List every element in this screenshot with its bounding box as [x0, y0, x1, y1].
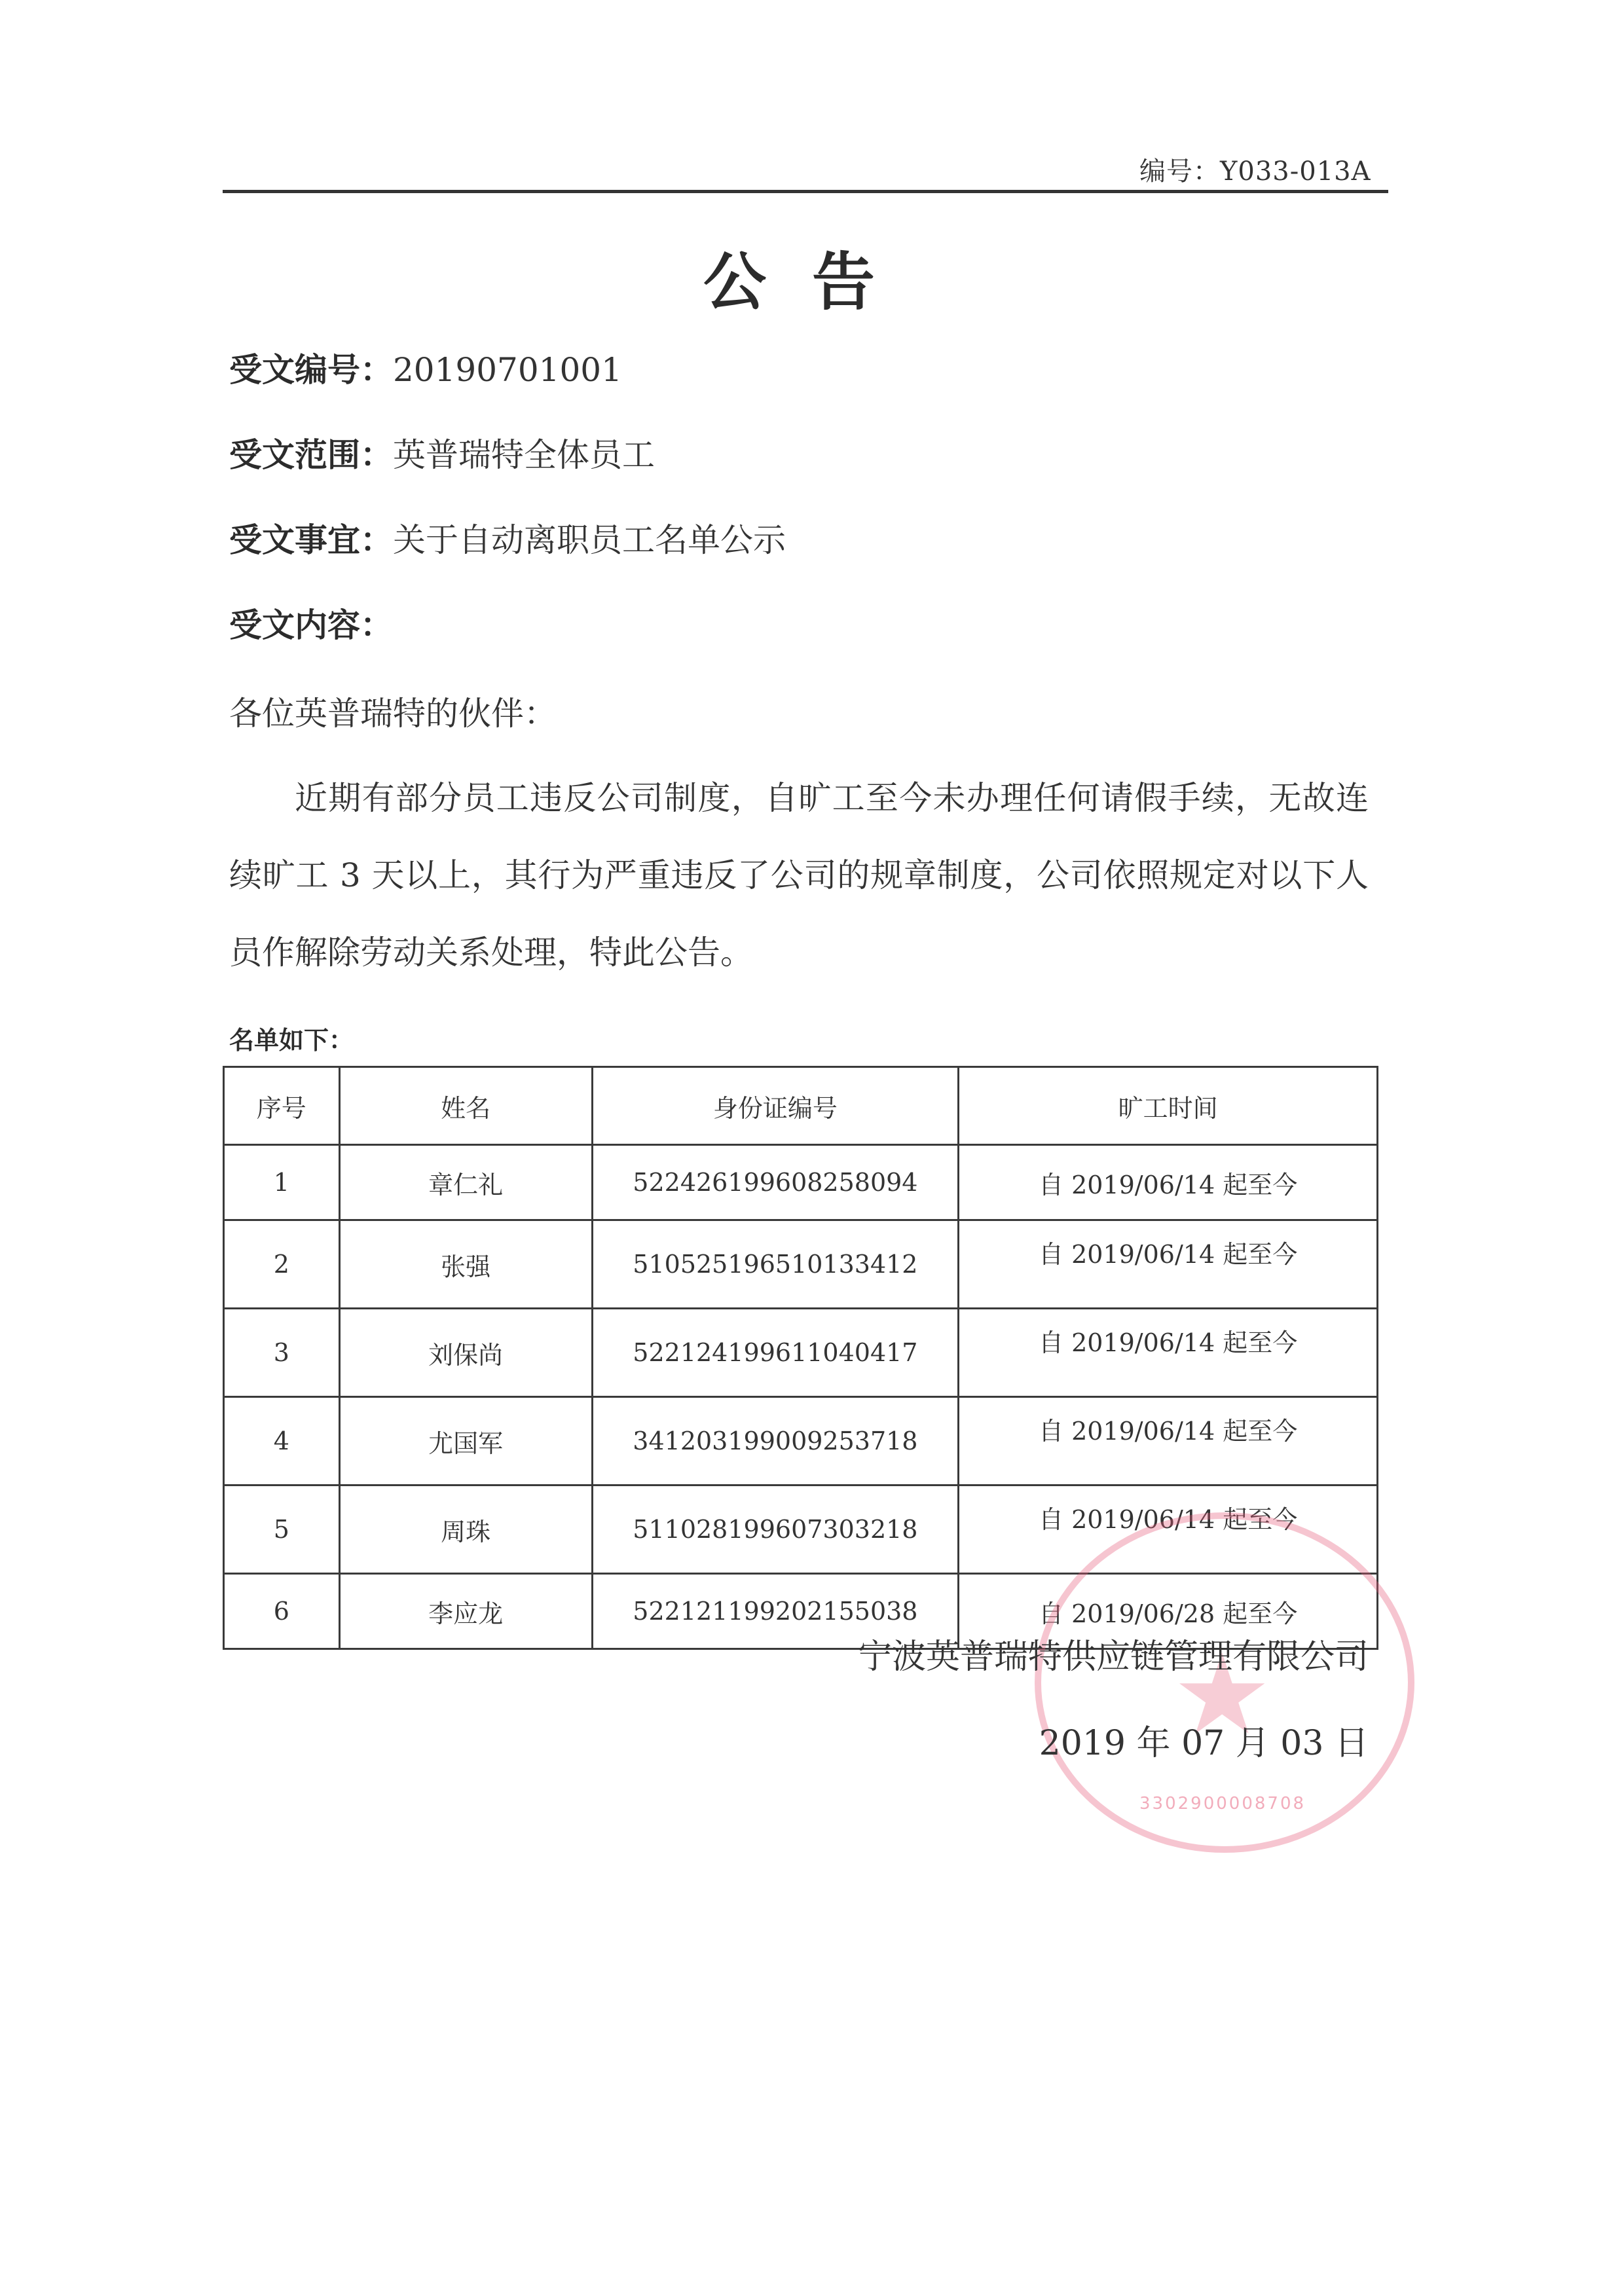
document-number-value: Y033-013A — [1220, 156, 1371, 187]
cell-name: 张强 — [339, 1220, 592, 1309]
company-seal: ★ 3302900008708 — [1035, 1512, 1414, 1853]
header-absence-time: 旷工时间 — [959, 1067, 1378, 1145]
cell-id: 522124199611040417 — [592, 1309, 959, 1397]
cell-name: 周珠 — [339, 1485, 592, 1574]
header-name: 姓名 — [339, 1067, 592, 1145]
field-label: 受文范围： — [229, 436, 393, 474]
cell-no: 6 — [224, 1574, 340, 1649]
table-row: 2 张强 510525196510133412 自 2019/06/14 起至今 — [224, 1220, 1378, 1309]
field-scope: 受文范围：英普瑞特全体员工 — [229, 429, 655, 476]
cell-id: 510525196510133412 — [592, 1220, 959, 1309]
document-number: 编号：Y033-013A — [1139, 151, 1371, 188]
cell-no: 2 — [224, 1220, 340, 1309]
field-label: 受文编号： — [229, 351, 393, 389]
cell-no: 4 — [224, 1397, 340, 1485]
company-name: 宁波英普瑞特供应链管理有限公司 — [858, 1629, 1369, 1678]
table-row: 1 章仁礼 522426199608258094 自 2019/06/14 起至… — [224, 1145, 1378, 1220]
cell-id: 522426199608258094 — [592, 1145, 959, 1220]
field-doc-number: 受文编号：20190701001 — [229, 344, 622, 391]
seal-code: 3302900008708 — [1139, 1794, 1306, 1813]
greeting: 各位英普瑞特的伙伴： — [229, 687, 557, 735]
cell-no: 1 — [224, 1145, 340, 1220]
header-rule — [223, 190, 1388, 193]
cell-id: 511028199607303218 — [592, 1485, 959, 1574]
table-header-row: 序号 姓名 身份证编号 旷工时间 — [224, 1067, 1378, 1145]
cell-no: 5 — [224, 1485, 340, 1574]
table-row: 4 尤国军 341203199009253718 自 2019/06/14 起至… — [224, 1397, 1378, 1485]
field-value: 关于自动离职员工名单公示 — [393, 521, 786, 559]
notice-paragraph: 近期有部分员工违反公司制度，自旷工至今未办理任何请假手续，无故连续旷工 3 天以… — [229, 759, 1369, 991]
cell-time: 自 2019/06/14 起至今 — [959, 1220, 1378, 1309]
cell-name: 刘保尚 — [339, 1309, 592, 1397]
cell-time: 自 2019/06/14 起至今 — [959, 1145, 1378, 1220]
header-no: 序号 — [224, 1067, 340, 1145]
page-title: 公告 — [0, 232, 1624, 322]
cell-name: 章仁礼 — [339, 1145, 592, 1220]
cell-name: 李应龙 — [339, 1574, 592, 1649]
table-row: 3 刘保尚 522124199611040417 自 2019/06/14 起至… — [224, 1309, 1378, 1397]
field-value: 20190701001 — [393, 351, 622, 389]
field-subject: 受文事宜：关于自动离职员工名单公示 — [229, 514, 786, 561]
header-id: 身份证编号 — [592, 1067, 959, 1145]
field-value: 英普瑞特全体员工 — [393, 436, 655, 474]
cell-id: 341203199009253718 — [592, 1397, 959, 1485]
cell-time: 自 2019/06/14 起至今 — [959, 1397, 1378, 1485]
field-label: 受文事宜： — [229, 521, 393, 559]
cell-time: 自 2019/06/14 起至今 — [959, 1309, 1378, 1397]
list-label: 名单如下： — [229, 1020, 354, 1056]
issue-date: 2019 年 07 月 03 日 — [1039, 1715, 1369, 1764]
cell-name: 尤国军 — [339, 1397, 592, 1485]
document-number-label: 编号： — [1139, 156, 1220, 187]
field-content: 受文内容： — [229, 599, 393, 646]
field-label: 受文内容： — [229, 606, 393, 644]
cell-no: 3 — [224, 1309, 340, 1397]
